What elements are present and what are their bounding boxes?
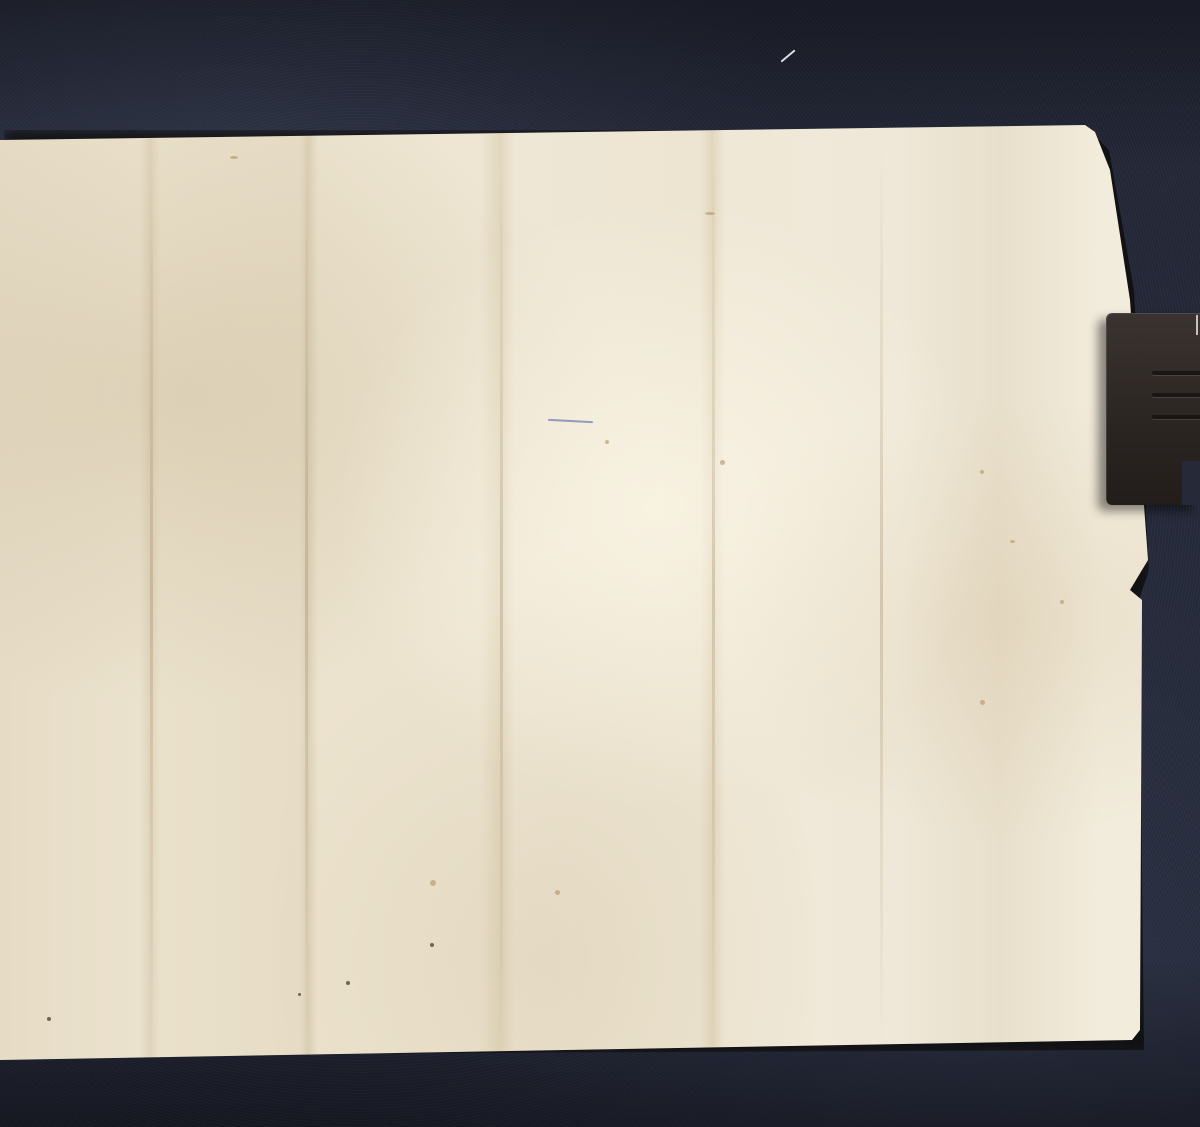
stain-spot xyxy=(980,700,985,705)
stain-spot xyxy=(1010,540,1015,543)
blue-ink-mark xyxy=(548,419,593,423)
paper-crease xyxy=(880,140,883,1050)
binder-clip xyxy=(1106,313,1200,505)
stain-spot xyxy=(230,156,238,159)
stain-spot xyxy=(980,470,984,474)
paper-crease xyxy=(500,140,503,1050)
stain-spot xyxy=(605,440,609,444)
clip-ridge xyxy=(1152,415,1200,419)
stain-spot xyxy=(720,460,725,465)
clip-ridge xyxy=(1152,371,1200,375)
stain-spot xyxy=(555,890,560,895)
stain-spot xyxy=(298,993,301,996)
clip-highlight xyxy=(1196,315,1198,335)
clip-notch xyxy=(1182,461,1200,505)
stain-spot xyxy=(47,1017,51,1021)
stain-spot xyxy=(346,981,350,985)
paper-crease xyxy=(150,140,153,1050)
stain-spot xyxy=(430,943,434,947)
stain-spot xyxy=(705,212,715,215)
stain-spot xyxy=(1060,600,1064,604)
paper-crease xyxy=(305,140,308,1050)
stain-spot xyxy=(430,880,436,886)
paper-scroll xyxy=(0,0,1200,1127)
clip-ridge xyxy=(1152,393,1200,397)
paper-crease xyxy=(712,140,715,1050)
